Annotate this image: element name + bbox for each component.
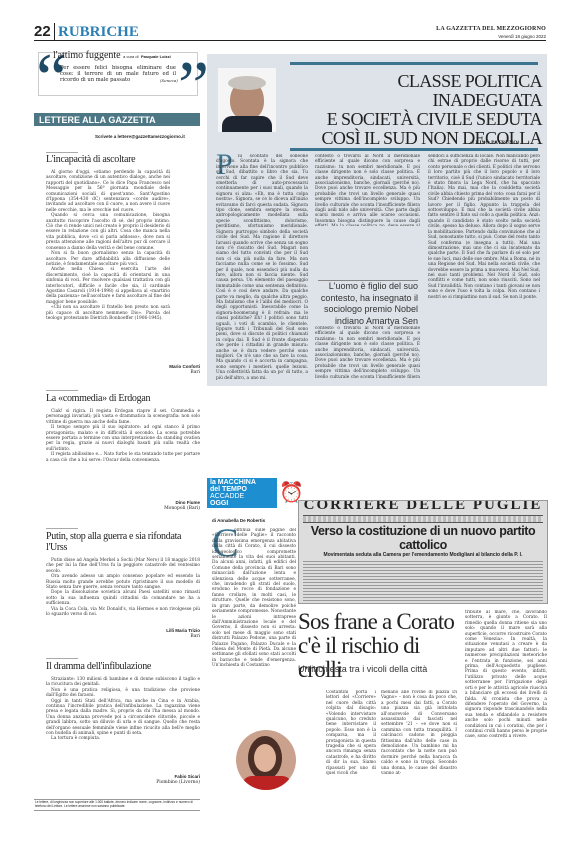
corriere-headline: Verso la costituzione di un nuovo partit… [299,524,547,552]
letter-paragraph: Quando si cerca una comunicazione, bisog… [46,213,170,251]
sos-col-c: tribuite al mare, che, lavorando sotterr… [465,610,547,810]
letter-signature: Dino Fiume [100,500,200,505]
main-byline: di LINO PATRUNO [470,140,517,146]
headline-line: CLASSE POLITICA INADEGUATA [290,72,542,110]
letter-paragraph: Dopo la dissoluzione sovietica alcuni Pa… [46,590,200,606]
attimo-author: (Seneca) [160,78,178,83]
letter-city: Piombino (Livorno) [100,780,200,785]
main-col-2a: contesto o trovarsi al Nord il meridiona… [315,154,420,226]
main-col-2b: contesto o trovarsi al Nord il meridiona… [315,326,420,380]
letter-city: Bari [100,370,200,375]
headline-line: E SOCIETÀ CIVILE SEDUTA [290,110,542,129]
sos-subtitle: Un'inchiesta tra i vicoli della città [298,664,427,674]
attimo-title: l'attimo fuggente [53,50,121,61]
macchina-del-tempo-logo: la MACCHINA del TEMPO ACCADDE OGGI ⏰ [207,478,297,518]
lettere-footnote: Le lettere, di lunghezza non superiore a… [34,799,200,811]
letter-paragraph: Anche nella Chiesa si esercita l'arte de… [46,267,170,305]
letter-paragraph: Al giorno d'oggi, «stiamo perdendo la ca… [46,170,170,213]
letter-title: L'incapacità di ascoltare [46,154,170,165]
divider [46,528,78,529]
letter-signature: Lilli Maria Trizio [100,628,200,633]
letter-title: La «commedia» di Erdogan [46,393,200,404]
attimo-quote: Per essere felici bisogna eliminare due … [60,66,176,83]
lettere-email: Scrivete a lettere@gazzettamezzogiorno.i… [95,134,185,139]
sos-col-a: Costantini porta i lettori del «Corriere… [300,690,376,810]
letter-paragraph: «Chi non sa ascoltare il fratello ben pr… [46,305,170,321]
author-photo [218,68,276,132]
byline-bar [290,148,538,151]
curator-name: Pasquale Loizzi [141,54,171,59]
close-quote-icon: ” [178,52,209,122]
letter-signature: Mario Conforti [100,364,200,369]
journalist-photo [236,730,296,790]
letter-paragraph: Non è una pratica religiosa, è una tradi… [46,688,200,699]
letter-paragraph: Il regista abilissimo e... Nato furbo le… [46,452,200,463]
main-headline: CLASSE POLITICA INADEGUATA E SOCIETÀ CIV… [290,72,542,148]
lettere-banner: LETTERE ALLA GAZZETTA [34,113,200,126]
letter-paragraph: Via la Coca Cola, via Mc Donald's, via H… [46,607,200,618]
letter-paragraph: La tortura è compiuta. [46,736,200,741]
letter-4: Il dramma dell'infibulazione Straziante:… [46,661,200,742]
letter-paragraph: Straziante: 130 milioni di bambine e di … [46,677,200,688]
letter-title: Il dramma dell'infibulazione [46,661,200,672]
newspaper-name: LA GAZZETTA DEL MEZZOGIORNO [436,26,546,32]
letter-paragraph: Non si fa buon giornalismo senza la capa… [46,251,170,267]
letter-paragraph: Oggi in tanti Stati dell'Africa, ma anch… [46,699,200,737]
letter-city: Bari [100,634,200,639]
issue-date: Venerdì 18 giugno 2022 [498,34,546,39]
letter-signature: Fabio Sicari [100,774,200,779]
letter-paragraph: Putin disse ad Angela Merkel a Sochi (Ma… [46,558,200,574]
corriere-delle-puglie-clipping: CORRIERE DELLE PUGLIE Verso la costituzi… [298,500,548,604]
curator-prefix: a cura di [123,54,138,59]
sos-col-b: menano alle rovine di piazza Di Vagno» –… [381,690,457,810]
corriere-masthead: CORRIERE DELLE PUGLIE [299,500,547,514]
header-rule [34,40,546,41]
letter-paragraph: Ora avendo adesso un ampio consenso popo… [46,574,200,590]
section-title: RUBRICHE [58,24,139,41]
main-col-3: sendoci a sufficienza di locale. Non man… [428,154,540,380]
divider [46,658,78,659]
letter-title: Putin, stop alla guerra e sia rifondata … [46,531,200,553]
letter-2: La «commedia» di Erdogan Ciak! si rigira… [46,393,200,463]
letter-1: L'incapacità di ascoltare Al giorno d'og… [46,154,170,321]
letter-city: Monopoli (Bari) [100,506,200,511]
divider [46,390,78,391]
letter-paragraph: Il tempo sempre più il suo ispiratore: a… [46,425,200,452]
corriere-subhead: Movimentata seduta alla Camera per l'eme… [299,552,547,558]
main-col-1: iù scontato del solleone d'agosto. Scont… [216,154,308,380]
letter-paragraph: Ciak! si rigira. Il regista Erdogan riap… [46,409,200,425]
letter-3: Putin, stop alla guerra e sia rifondata … [46,531,200,617]
page-number: 22 [34,23,55,40]
divider [46,152,78,153]
pull-quote: L'uomo è figlio del suo contesto, ha ins… [318,280,418,327]
headline-bar [290,62,538,65]
